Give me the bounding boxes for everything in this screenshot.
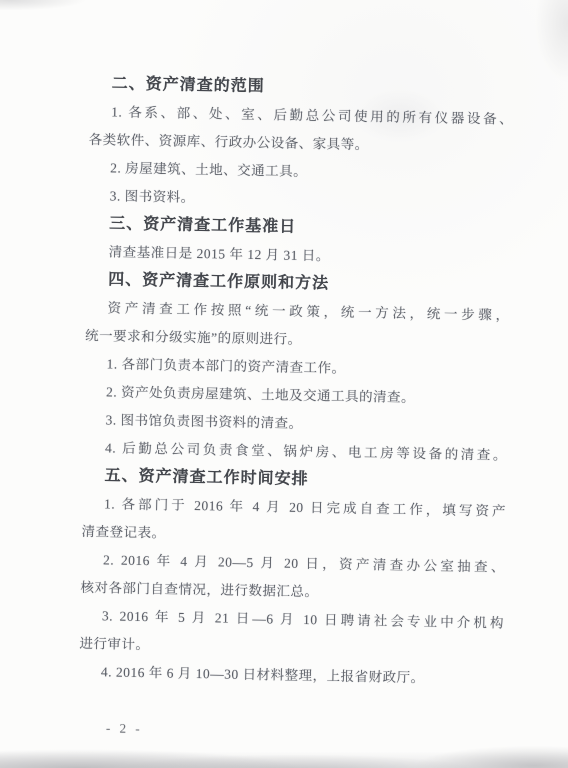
page-number: - 2 -: [106, 714, 143, 743]
scanned-document-page: 二、资产清查的范围1. 各系、部、处、室、后勤总公司使用的所有仪器设备、各类软件…: [0, 0, 568, 768]
scan-artifact-bottom-edge: [0, 738, 568, 768]
scan-artifact-top-right: [524, 0, 568, 130]
scan-artifact-top-left: [0, 0, 120, 14]
document-text: 二、资产清查的范围1. 各系、部、处、室、后勤总公司使用的所有仪器设备、各类软件…: [79, 70, 514, 694]
